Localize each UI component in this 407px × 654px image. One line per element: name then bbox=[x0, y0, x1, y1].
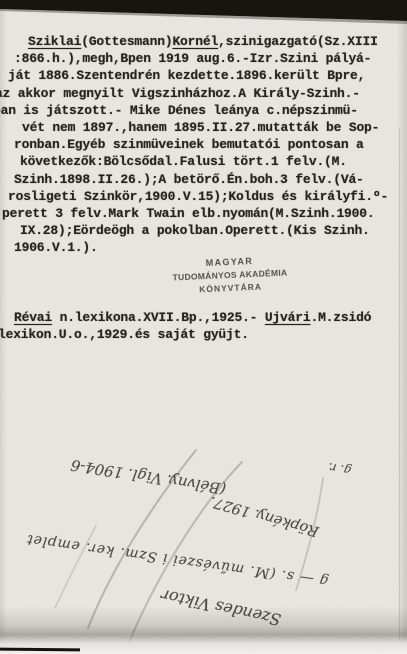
references-block: Révai n.lexikona.XVII.Bp.,1925.- Ujvári.… bbox=[0, 309, 407, 343]
references-line-1: Révai n.lexikona.XVII.Bp.,1925.- Ujvári.… bbox=[14, 309, 407, 326]
references-rest: .M.zsidó bbox=[310, 310, 371, 325]
typed-line-5: ban is játszott.- Mike Dénes leánya c.né… bbox=[0, 102, 407, 119]
typed-line-11: perett 3 felv.Mark Twain elb.nyomán(M.Sz… bbox=[2, 205, 407, 222]
typed-line-12: IX.28);Eördeögh a pokolban.Operett.(Kis … bbox=[20, 222, 407, 239]
handwritten-note-1: (Bélvny. Vigl. 1904-6 bbox=[70, 456, 228, 498]
typed-line-10: rosligeti Szinkör,1900.V.15);Koldus és k… bbox=[8, 188, 407, 205]
surname-underlined: Sziklai bbox=[28, 34, 81, 49]
typed-line-1: Sziklai(Gottesmann)Kornél,szinigazgató(S… bbox=[28, 33, 407, 50]
typed-line-1-rest: ,szinigazgató(Sz.XIII bbox=[218, 34, 378, 49]
typed-line-6: vét nem 1897.,hanem 1895.II.27.mutatták … bbox=[22, 119, 407, 136]
stamp-line-3: KÖNYVTÁRA bbox=[165, 280, 295, 296]
typed-text-block: Sziklai(Gottesmann)Kornél,szinigazgató(S… bbox=[0, 33, 407, 257]
given-name-underlined: Kornél bbox=[172, 34, 218, 49]
source-ujvari-underlined: Ujvári bbox=[265, 310, 311, 325]
catalog-card: Sziklai(Gottesmann)Kornél,szinigazgató(S… bbox=[0, 0, 407, 654]
handwritten-note-3: g — s. (M. művészei i Szm. ker. emplet bbox=[25, 531, 329, 589]
left-edge-shade bbox=[0, 0, 7, 654]
bottom-edge-shadow bbox=[0, 606, 407, 654]
maiden-name: (Gottesmann) bbox=[81, 34, 172, 49]
library-stamp: MAGYAR TUDOMÁNYOS AKADÉMIA KÖNYVTÁRA bbox=[164, 254, 295, 296]
typed-line-4: az akkor megnyilt Vigszinházhoz.A Király… bbox=[0, 85, 407, 102]
handwritten-note-initials: g. r. bbox=[327, 460, 353, 478]
typed-line-9: Szinh.1898.II.26.);A betörő.Én.boh.3 fel… bbox=[14, 171, 407, 188]
typed-line-2: :866.h.),megh,Bpen 1919 aug.6.-Izr.Szini… bbox=[14, 50, 407, 67]
typed-line-8: következők:Bölcsődal.Falusi tört.1 felv.… bbox=[20, 153, 407, 170]
typed-line-3: ját 1886.Szentendrén kezdette.1896.kerül… bbox=[8, 67, 407, 84]
handwritten-note-2: Röpkény. 1927. bbox=[208, 493, 321, 539]
typed-line-13: 1906.V.1.). bbox=[14, 239, 407, 256]
card-edge-line bbox=[399, 128, 401, 644]
references-line-2: lexikon.U.o.,1929.és saját gyüjt. bbox=[0, 326, 407, 343]
references-mid: n.lexikona.XVII.Bp.,1925.- bbox=[52, 310, 265, 325]
typed-line-7: ronban.Egyéb szinmüveinek bemutatói pont… bbox=[14, 136, 407, 153]
source-revai-underlined: Révai bbox=[14, 310, 52, 325]
